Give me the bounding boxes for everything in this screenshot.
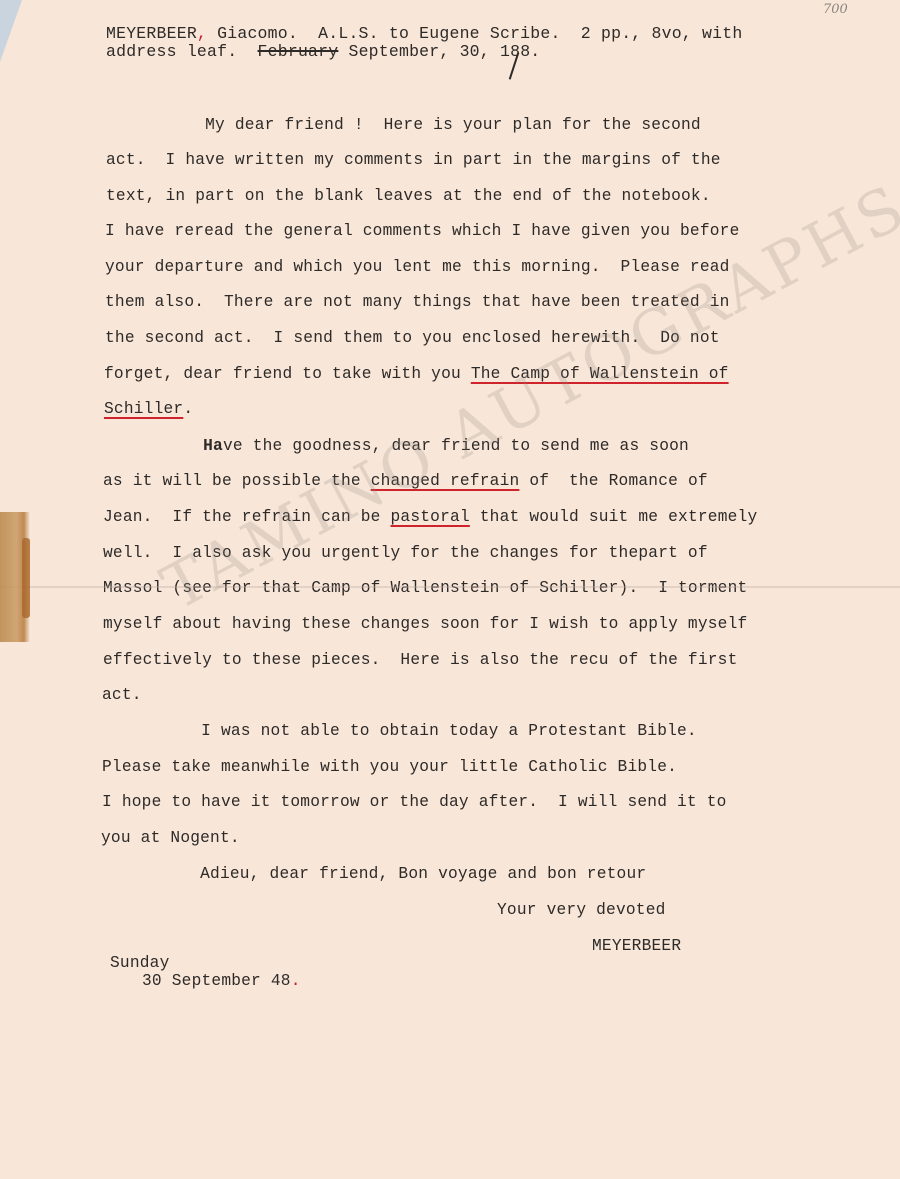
underlined-title: Schiller [104,400,183,418]
line-text: forget, dear friend to take with you [104,365,471,383]
red-period: . [291,972,301,990]
letter-line: well. I also ask you urgently for the ch… [103,543,708,563]
line-text: that would suit me extremely [470,508,758,526]
overtyped-text: Ha [104,437,223,455]
red-comma: , [197,24,207,43]
letter-page: 700 MEYERBEER, Giacomo. A.L.S. to Eugene… [0,0,900,1179]
letter-line: Have the goodness, dear friend to send m… [104,436,689,456]
header-year-end: 8. [520,42,540,61]
paper-fold-line [0,586,900,588]
catalog-header-line-2: address leaf. February September, 30, 18… [106,42,540,62]
composer-name: MEYERBEER [106,24,197,43]
line-text: Jean. If the refrain can be [103,508,391,526]
underlined-phrase: pastoral [391,508,470,526]
letter-line: the second act. I send them to you enclo… [105,328,720,348]
footer-date: 30 September 48. [142,971,301,991]
letter-line: them also. There are not many things tha… [105,292,730,312]
tape-stain [22,538,30,618]
footer-day: Sunday [110,953,170,973]
underlined-title: The Camp of Wallenstein of [471,365,729,383]
pencil-price-note: 700 [823,2,848,17]
header-address-leaf: address leaf. [106,42,258,61]
letter-line: forget, dear friend to take with you The… [104,364,729,384]
letter-line: I was not able to obtain today a Protest… [102,721,697,741]
letter-line: your departure and which you lent me thi… [105,257,730,277]
letter-line: My dear friend ! Here is your plan for t… [106,115,701,135]
line-text: as it will be possible the [103,472,371,490]
footer-year: 48 [271,972,291,990]
letter-line: myself about having these changes soon f… [103,614,747,634]
letter-line: as it will be possible the changed refra… [103,471,708,491]
letter-line: I have reread the general comments which… [105,221,740,241]
closing: Your very devoted [497,900,666,920]
header-description: Giacomo. A.L.S. to Eugene Scribe. 2 pp.,… [207,24,742,43]
letter-line: Please take meanwhile with you your litt… [102,757,677,777]
catalog-header-line-1: MEYERBEER, Giacomo. A.L.S. to Eugene Scr… [106,24,742,44]
letter-line: Adieu, dear friend, Bon voyage and bon r… [101,864,646,884]
letter-line: Massol (see for that Camp of Wallenstein… [103,578,747,598]
letter-line: you at Nogent. [101,828,240,848]
letter-line: I hope to have it tomorrow or the day af… [102,792,727,812]
line-text: ve the goodness, dear friend to send me … [223,437,689,455]
letter-line: effectively to these pieces. Here is als… [103,650,738,670]
line-text: of the Romance of [519,472,707,490]
letter-line: act. I have written my comments in part … [106,150,721,170]
struck-month: February [258,42,339,61]
footer-date-text: 30 September [142,972,271,990]
header-date: September, 30, 18 [338,42,520,61]
letter-line: act. [102,685,142,705]
underlined-phrase: changed refrain [371,472,520,490]
signature: MEYERBEER [592,936,681,956]
letter-line: Jean. If the refrain can be pastoral tha… [103,507,757,527]
letter-line: Schiller. [104,399,193,419]
letter-line: text, in part on the blank leaves at the… [106,186,711,206]
line-text: . [183,400,193,418]
